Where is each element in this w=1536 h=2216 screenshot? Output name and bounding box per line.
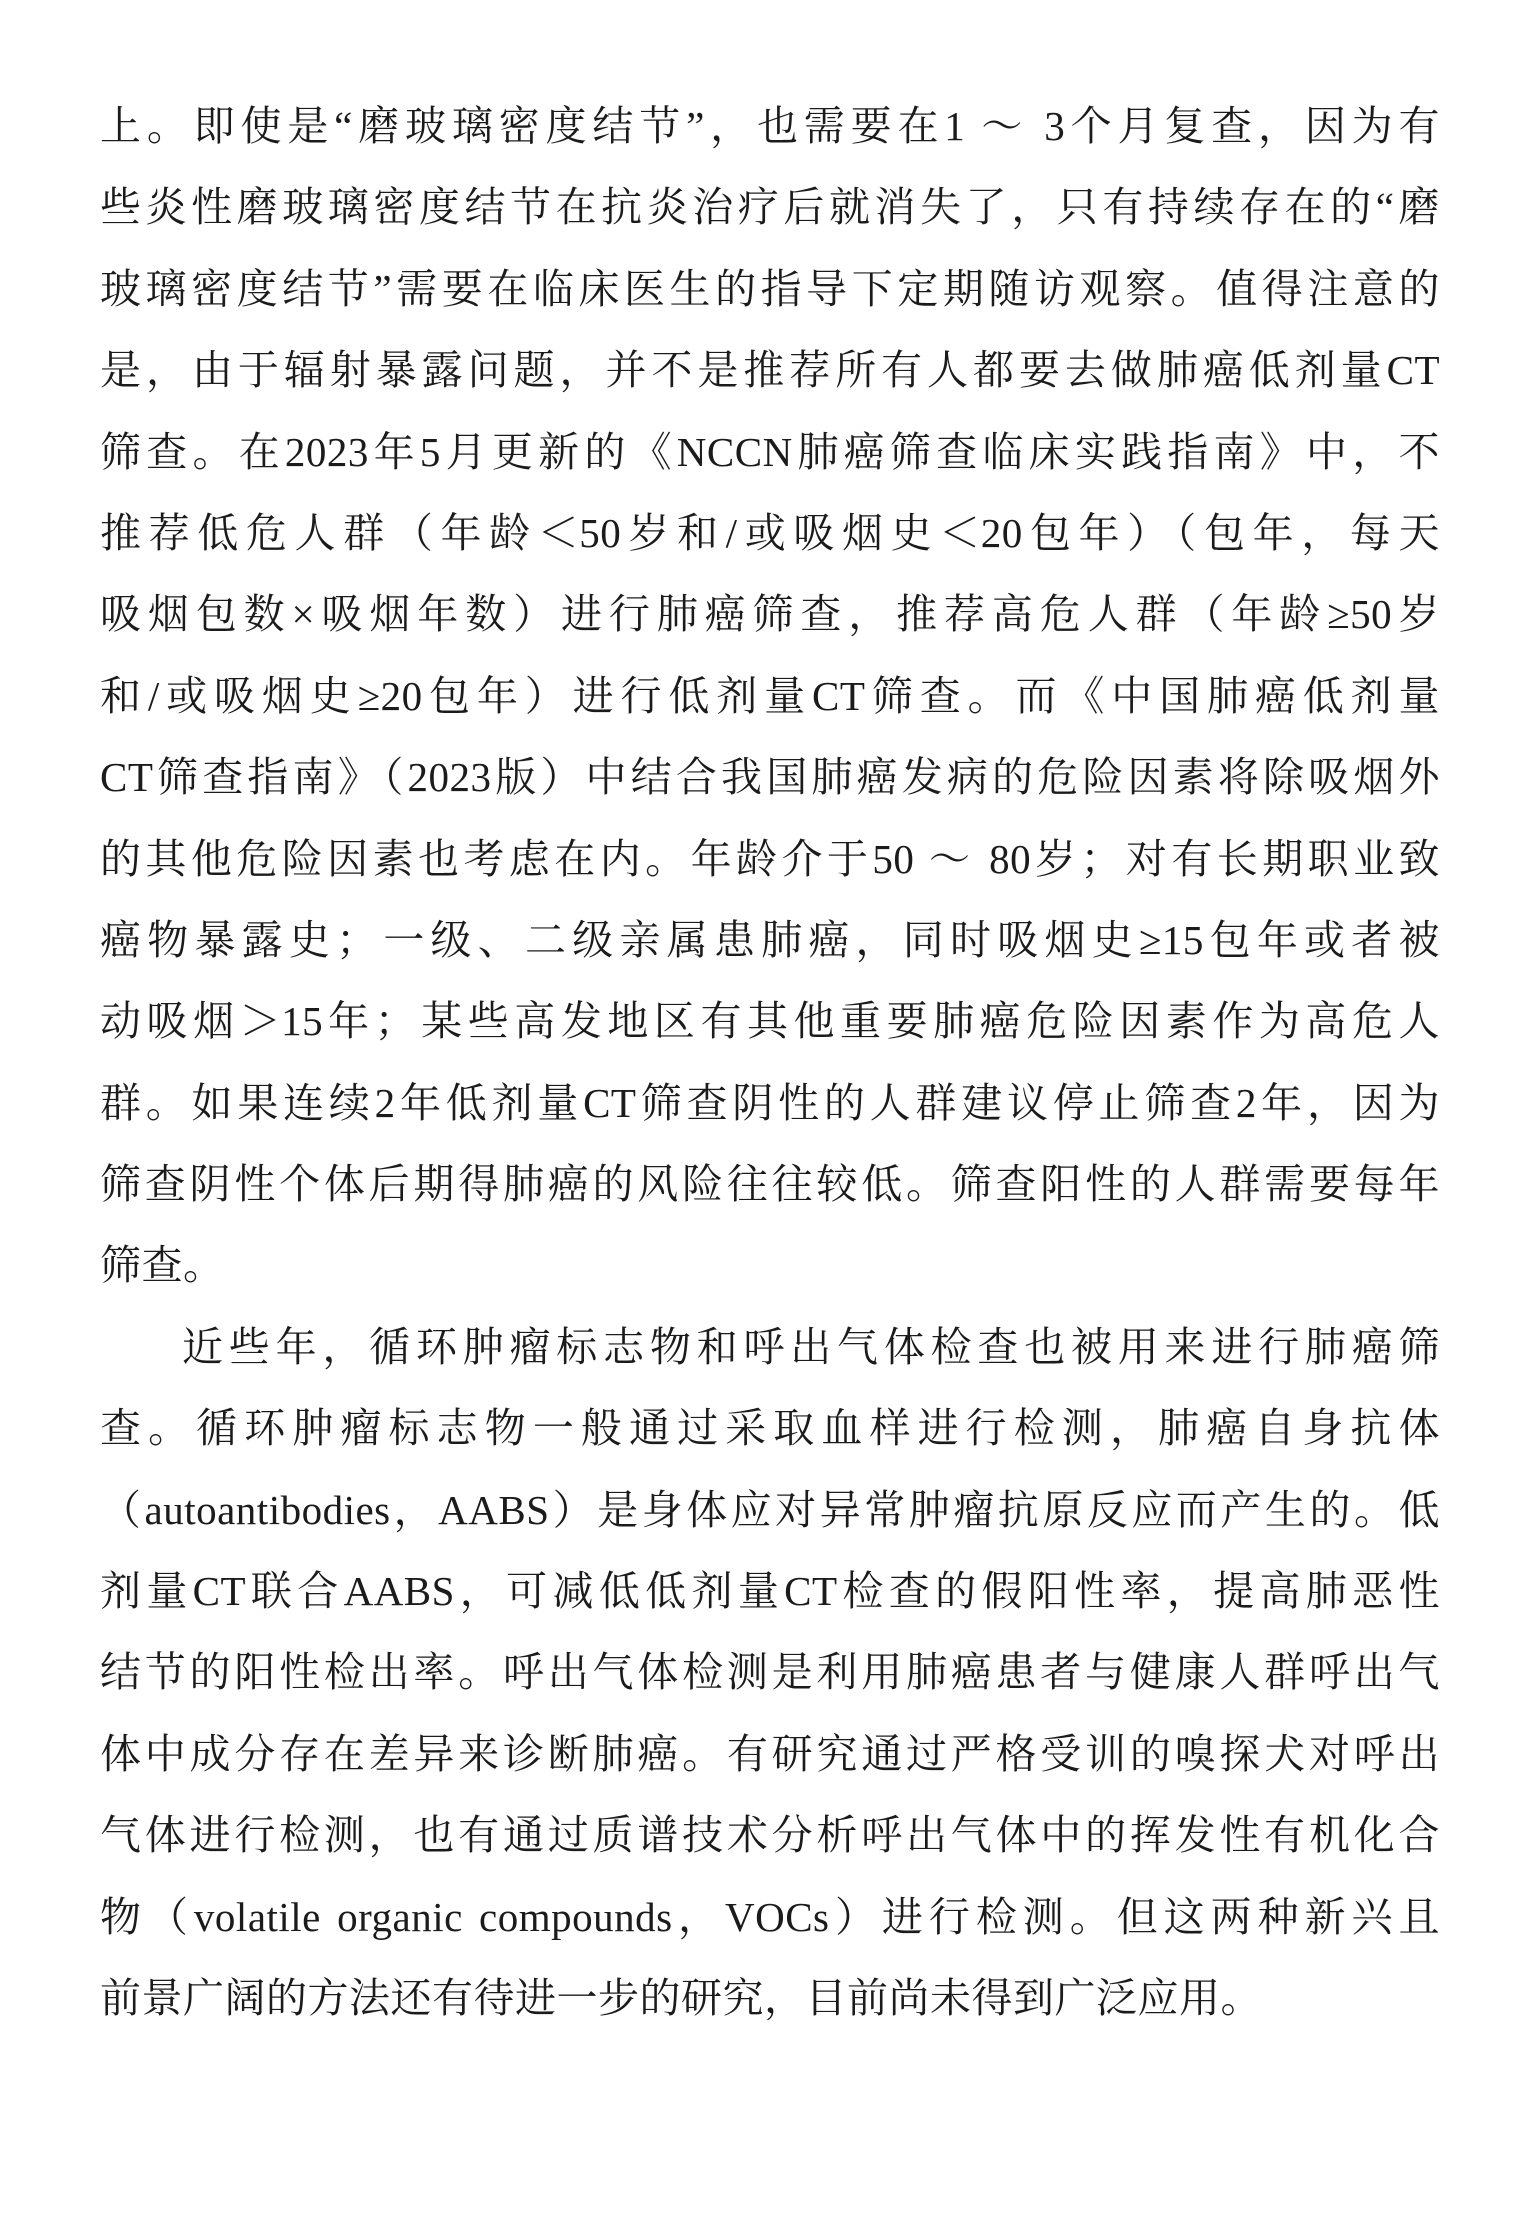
text-line: 群。如果连续2年低剂量CT筛查阴性的人群建议停止筛查2年，因为: [100, 1063, 1440, 1144]
text-line: 剂量CT联合AABS，可减低低剂量CT检查的假阳性率，提高肺恶性: [100, 1551, 1440, 1632]
text-line: 体中成分存在差异来诊断肺癌。有研究通过严格受训的嗅探犬对呼出: [100, 1714, 1440, 1795]
text-line: 物（volatile organic compounds，VOCs）进行检测。但…: [100, 1877, 1440, 1958]
text-line-paragraph-end: 筛查。: [100, 1225, 1440, 1306]
document-page: 上。即使是“磨玻璃密度结节”，也需要在1 ～ 3个月复查，因为有 些炎性磨玻璃密…: [0, 0, 1536, 2216]
text-line: 是，由于辐射暴露问题，并不是推荐所有人都要去做肺癌低剂量CT: [100, 330, 1440, 411]
text-line: 筛查。在2023年5月更新的《NCCN肺癌筛查临床实践指南》中，不: [100, 412, 1440, 493]
text-line: 癌物暴露史；一级、二级亲属患肺癌，同时吸烟史≥15包年或者被: [100, 900, 1440, 981]
text-line: 结节的阳性检出率。呼出气体检测是利用肺癌患者与健康人群呼出气: [100, 1632, 1440, 1713]
text-line-paragraph-end: 前景广阔的方法还有待进一步的研究，目前尚未得到广泛应用。: [100, 1958, 1440, 2039]
text-line: 动吸烟＞15年；某些高发地区有其他重要肺癌危险因素作为高危人: [100, 981, 1440, 1062]
text-line: CT筛查指南》（2023版）中结合我国肺癌发病的危险因素将除吸烟外: [100, 737, 1440, 818]
text-line: 玻璃密度结节”需要在临床医生的指导下定期随访观察。值得注意的: [100, 249, 1440, 330]
text-line: 上。即使是“磨玻璃密度结节”，也需要在1 ～ 3个月复查，因为有: [100, 86, 1440, 167]
text-line: 和/或吸烟史≥20包年）进行低剂量CT筛查。而《中国肺癌低剂量: [100, 656, 1440, 737]
text-line: 的其他危险因素也考虑在内。年龄介于50 ～ 80岁；对有长期职业致: [100, 819, 1440, 900]
text-line: 吸烟包数×吸烟年数）进行肺癌筛查，推荐高危人群（年龄≥50岁: [100, 574, 1440, 655]
text-line: 推荐低危人群（年龄＜50岁和/或吸烟史＜20包年）（包年，每天: [100, 493, 1440, 574]
text-line: 些炎性磨玻璃密度结节在抗炎治疗后就消失了，只有持续存在的“磨: [100, 167, 1440, 248]
text-line-paragraph-start: 近些年，循环肿瘤标志物和呼出气体检查也被用来进行肺癌筛: [100, 1307, 1440, 1388]
text-line: 筛查阴性个体后期得肺癌的风险往往较低。筛查阳性的人群需要每年: [100, 1144, 1440, 1225]
text-line: 查。循环肿瘤标志物一般通过采取血样进行检测，肺癌自身抗体: [100, 1388, 1440, 1469]
text-line: 气体进行检测，也有通过质谱技术分析呼出气体中的挥发性有机化合: [100, 1795, 1440, 1876]
text-line: （autoantibodies，AABS）是身体应对异常肿瘤抗原反应而产生的。低: [100, 1470, 1440, 1551]
